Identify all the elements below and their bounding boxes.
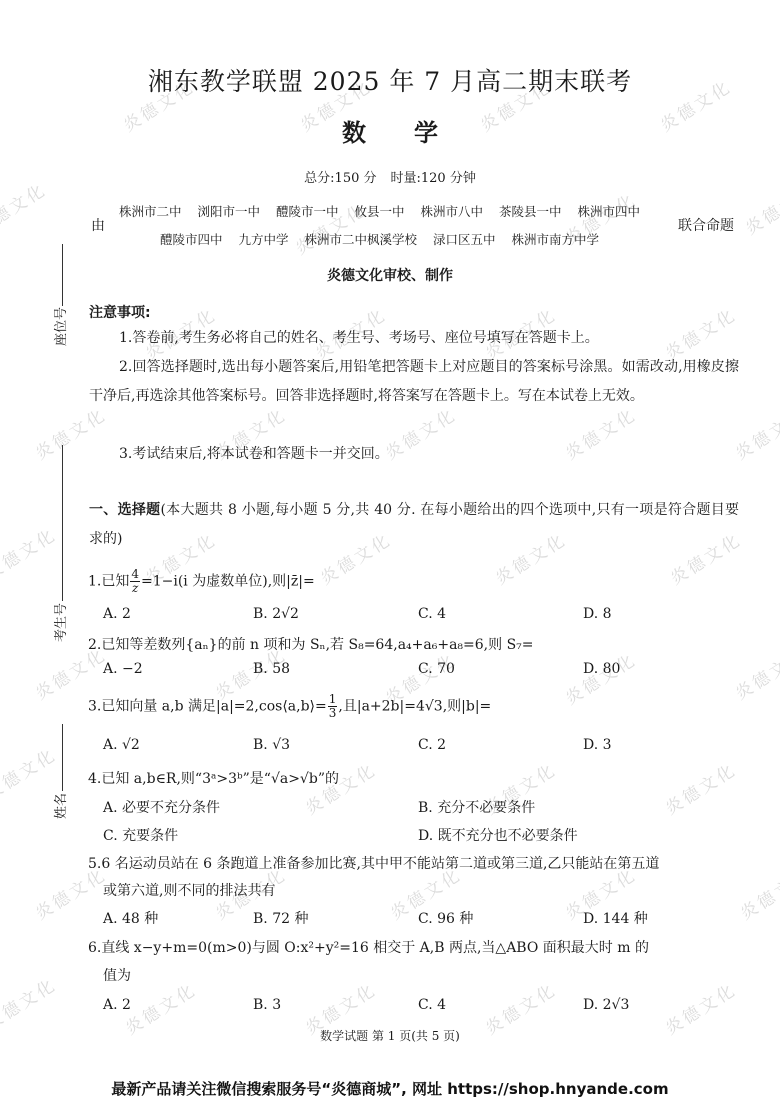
subject-title: 数学 (0, 113, 780, 148)
question-number: 2. (88, 637, 101, 653)
school: 株洲市四中 (578, 204, 641, 219)
option-c: C. 70 (418, 661, 455, 677)
option-b: B. 72 种 (253, 908, 308, 928)
schools-row-1: 株洲市二中 浏阳市一中 醴陵市一中 攸县一中 株洲市八中 茶陵县一中 株洲市四中 (119, 202, 652, 220)
school: 攸县一中 (355, 204, 405, 219)
school: 醴陵市四中 (160, 232, 223, 247)
fraction-numerator: 1 (328, 693, 338, 707)
exam-meta: 总分:150 分时量:120 分钟 (0, 167, 780, 186)
option-d: D. 3 (583, 737, 612, 753)
option-a: A. √2 (103, 737, 140, 753)
fraction-numerator: 4 (130, 568, 140, 582)
option-b: B. 2√2 (253, 606, 299, 622)
subject-char: 数 (342, 113, 366, 148)
question-4-options-row1: A. 必要不充分条件 B. 充分不必要条件 (103, 797, 743, 817)
school: 株洲市二中 (119, 204, 182, 219)
notes-title: 注意事项: (89, 302, 151, 322)
question-number: 3. (88, 699, 101, 715)
question-5: 5.6 名运动员站在 6 条跑道上准备参加比赛,其中甲不能站第二道或第三道,乙只… (88, 853, 659, 873)
fraction-denominator: z (130, 582, 140, 595)
binding-line-exam-no (62, 445, 63, 601)
question-number: 4. (88, 771, 101, 787)
fraction: 4z (130, 568, 140, 595)
note-item: 2.回答选择题时,选出每小题答案后,用铅笔把答题卡上对应题目的答案标号涂黑。如需… (89, 353, 739, 411)
school: 株洲市南方中学 (512, 232, 600, 247)
subject-char: 学 (414, 113, 438, 148)
producer-line: 炎德文化审校、制作 (0, 265, 780, 285)
binding-line-name (62, 724, 63, 791)
question-text: 已知 a,b∈R,则“3ᵃ>3ᵇ”是“√a>√b”的 (101, 771, 339, 787)
promo-banner: 最新产品请关注微信搜索服务号“炎德商城”, 网址 https://shop.hn… (0, 1078, 780, 1099)
school: 茶陵县一中 (499, 204, 562, 219)
exam-page: 座位号 考生号 姓名 湘东教学联盟 2025 年 7 月高二期末联考 数学 总分… (0, 0, 780, 1104)
question-number: 1. (88, 574, 101, 590)
option-c: C. 4 (418, 606, 446, 622)
question-3: 3.已知向量 a,b 满足|a|=2,cos⟨a,b⟩=13,且|a+2b|=4… (88, 693, 491, 720)
page-footer: 数学试题 第 1 页(共 5 页) (0, 1027, 780, 1044)
school: 株洲市二中枫溪学校 (305, 232, 418, 247)
option-d: D. 8 (583, 606, 612, 622)
question-2: 2.已知等差数列{aₙ}的前 n 项和为 Sₙ,若 S₈=64,a₄+a₆+a₈… (88, 634, 534, 654)
option-a: A. 2 (103, 606, 131, 622)
school: 醴陵市一中 (276, 204, 339, 219)
total-score: 总分:150 分 (304, 171, 376, 186)
question-1-options: A. 2 B. 2√2 C. 4 D. 8 (103, 606, 743, 626)
question-2-options: A. −2 B. 58 C. 70 D. 80 (103, 661, 743, 681)
question-number: 5. (88, 856, 101, 872)
option-d: D. 2√3 (583, 997, 629, 1013)
section-title: 一、选择题 (89, 502, 160, 518)
option-c: C. 充要条件 (103, 825, 178, 845)
question-4: 4.已知 a,b∈R,则“3ᵃ>3ᵇ”是“√a>√b”的 (88, 768, 339, 788)
option-d: D. 144 种 (583, 908, 648, 928)
option-d: D. 80 (583, 661, 620, 677)
school: 九方中学 (239, 232, 289, 247)
option-b: B. 3 (253, 997, 281, 1013)
question-6-cont: 值为 (103, 965, 131, 985)
schools-prefix: 由 (91, 215, 105, 235)
option-c: C. 2 (418, 737, 446, 753)
question-3-options: A. √2 B. √3 C. 2 D. 3 (103, 737, 743, 757)
option-d: D. 既不充分也不必要条件 (418, 825, 578, 845)
fraction: 13 (328, 693, 338, 720)
school: 浏阳市一中 (198, 204, 261, 219)
question-text: ,且|a+2b|=4√3,则|b|= (338, 699, 491, 715)
question-1: 1.已知4z=1−i(i 为虚数单位),则|z̄|= (88, 568, 315, 595)
school: 株洲市八中 (421, 204, 484, 219)
exam-time: 时量:120 分钟 (391, 171, 476, 186)
section-heading: 一、选择题(本大题共 8 小题,每小题 5 分,共 40 分. 在每小题给出的四… (89, 496, 739, 554)
option-a: A. −2 (103, 661, 143, 677)
joint-proposition: 联合命题 (678, 215, 734, 235)
question-text: 已知向量 a,b 满足|a|=2,cos⟨a,b⟩= (101, 699, 326, 715)
question-4-options-row2: C. 充要条件 D. 既不充分也不必要条件 (103, 825, 743, 845)
fraction-denominator: 3 (328, 707, 338, 720)
binding-label-name: 姓名 (50, 793, 69, 819)
option-c: C. 96 种 (418, 908, 473, 928)
option-a: A. 必要不充分条件 (103, 797, 220, 817)
binding-label-exam-no: 考生号 (50, 603, 69, 642)
question-6-options: A. 2 B. 3 C. 4 D. 2√3 (103, 997, 743, 1017)
option-a: A. 48 种 (103, 908, 158, 928)
question-6: 6.直线 x−y+m=0(m>0)与圆 O:x²+y²=16 相交于 A,B 两… (88, 937, 649, 957)
note-item: 3.考试结束后,将本试卷和答题卡一并交回。 (89, 440, 739, 469)
option-c: C. 4 (418, 997, 446, 1013)
option-b: B. 58 (253, 661, 290, 677)
question-number: 6. (88, 940, 101, 956)
section-desc: (本大题共 8 小题,每小题 5 分,共 40 分. 在每小题给出的四个选项中,… (89, 502, 739, 547)
note-item: 1.答卷前,考生务必将自己的姓名、考生号、考场号、座位号填写在答题卡上。 (89, 324, 739, 353)
question-text: 已知 (101, 574, 129, 590)
option-b: B. 充分不必要条件 (418, 797, 535, 817)
option-b: B. √3 (253, 737, 290, 753)
question-text: 直线 x−y+m=0(m>0)与圆 O:x²+y²=16 相交于 A,B 两点,… (101, 940, 649, 956)
question-text: 6 名运动员站在 6 条跑道上准备参加比赛,其中甲不能站第二道或第三道,乙只能站… (101, 856, 659, 872)
question-text: 已知等差数列{aₙ}的前 n 项和为 Sₙ,若 S₈=64,a₄+a₆+a₈=6… (101, 637, 533, 653)
question-5-cont: 或第六道,则不同的排法共有 (103, 880, 275, 900)
schools-row-2: 醴陵市四中 九方中学 株洲市二中枫溪学校 渌口区五中 株洲市南方中学 (160, 230, 611, 248)
exam-title: 湘东教学联盟 2025 年 7 月高二期末联考 (0, 62, 780, 98)
question-text: =1−i(i 为虚数单位),则|z̄|= (141, 574, 315, 590)
question-5-options: A. 48 种 B. 72 种 C. 96 种 D. 144 种 (103, 908, 743, 928)
binding-label-seat: 座位号 (50, 307, 69, 346)
school: 渌口区五中 (433, 232, 496, 247)
option-a: A. 2 (103, 997, 131, 1013)
